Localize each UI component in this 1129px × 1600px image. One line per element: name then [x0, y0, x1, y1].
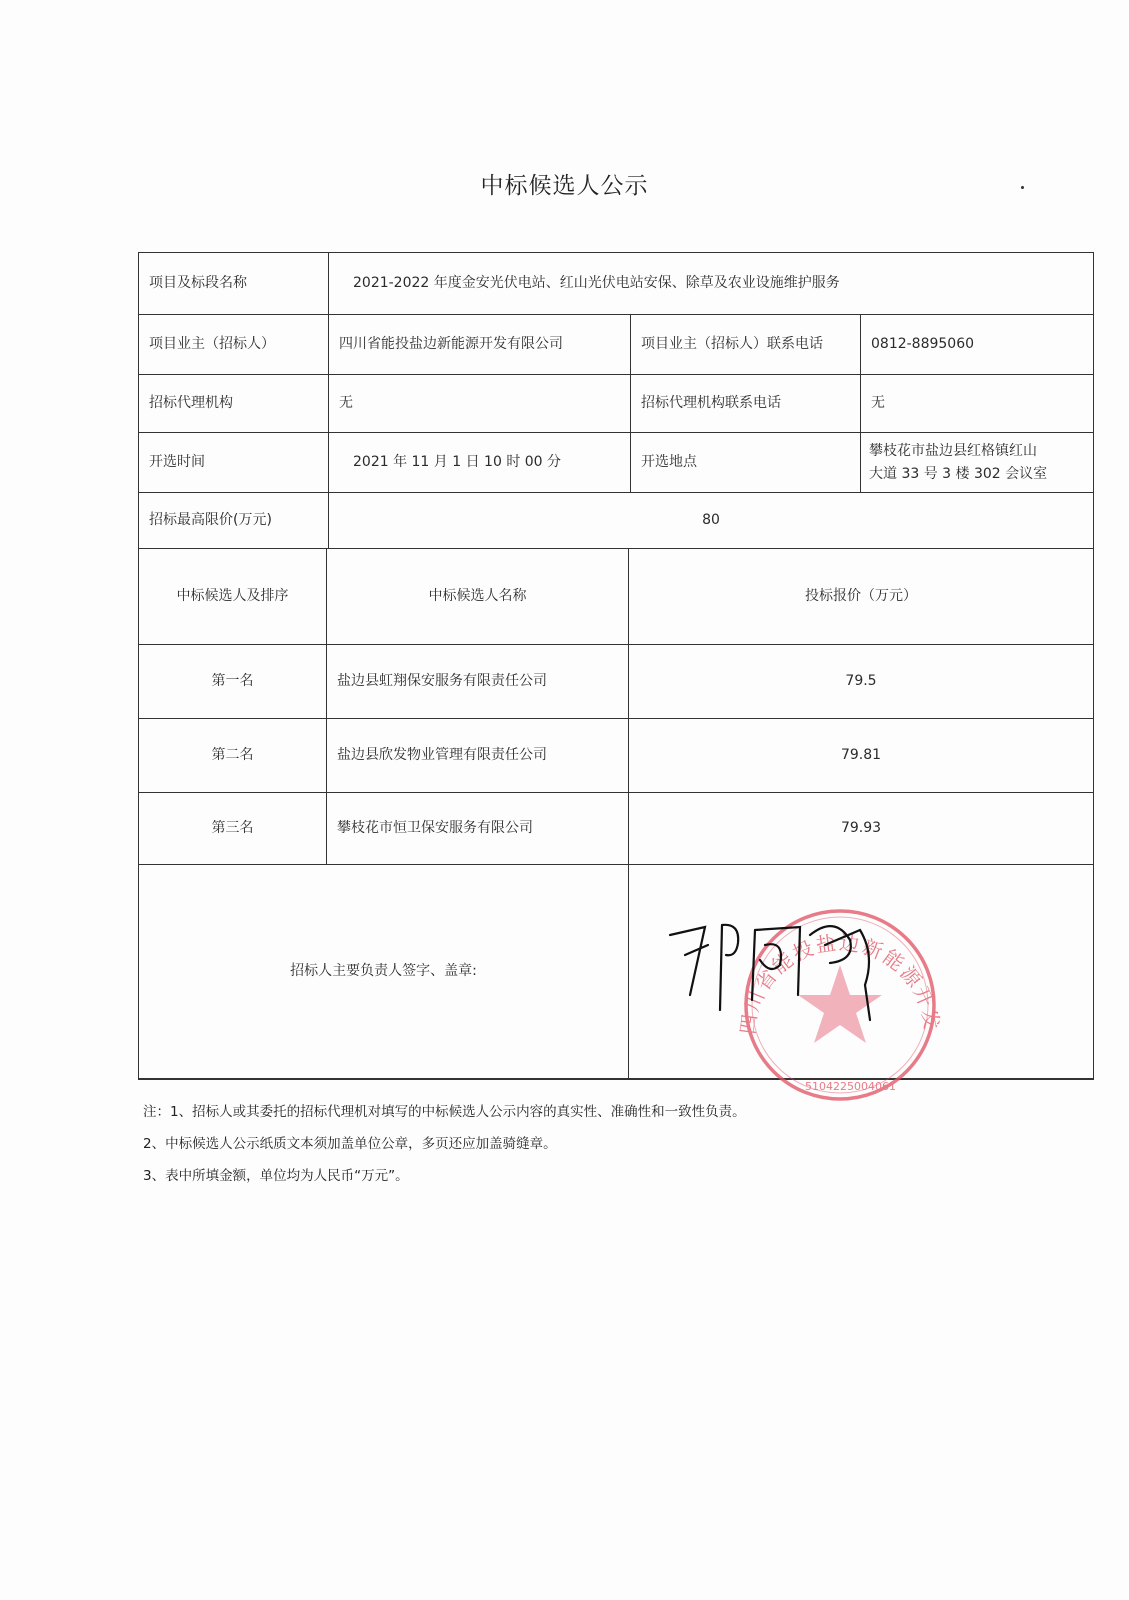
owner-value: 四川省能投盐边新能源开发有限公司	[328, 314, 630, 374]
project-name-label: 项目及标段名称	[138, 252, 328, 314]
agency-phone-label: 招标代理机构联系电话	[630, 374, 860, 432]
note-1: 注：1、招标人或其委托的招标代理机对填写的中标候选人公示内容的真实性、准确性和一…	[143, 1096, 746, 1128]
svg-text:四川省能投盐边新能源开发有限公司: 四川省能投盐边新能源开发有限公司	[660, 885, 944, 1036]
header-rank: 中标候选人及排序	[138, 548, 326, 644]
agency-phone-value: 无	[860, 374, 1094, 432]
candidate-2-price: 79.81	[628, 718, 1094, 792]
candidate-2-rank: 第二名	[138, 718, 326, 792]
header-name: 中标候选人名称	[326, 548, 628, 644]
owner-label: 项目业主（招标人）	[138, 314, 328, 374]
company-seal-and-signature: 四川省能投盐边新能源开发有限公司 5104225004061	[660, 885, 1020, 1125]
open-place-line2: 大道 33 号 3 楼 302 会议室	[869, 463, 1047, 485]
project-name-value: 2021-2022 年度金安光伏电站、红山光伏电站安保、除草及农业设施维护服务	[328, 252, 1094, 314]
candidate-3-price: 79.93	[628, 792, 1094, 864]
signature-label: 招标人主要负责人签字、盖章:	[138, 864, 628, 1080]
candidate-3-rank: 第三名	[138, 792, 326, 864]
owner-phone-value: 0812-8895060	[860, 314, 1094, 374]
open-time-value: 2021 年 11 月 1 日 10 时 00 分	[328, 432, 630, 492]
max-price-label: 招标最高限价(万元)	[138, 492, 328, 548]
note-2: 2、中标候选人公示纸质文本须加盖单位公章，多页还应加盖骑缝章。	[143, 1128, 746, 1160]
agency-label: 招标代理机构	[138, 374, 328, 432]
document-page: 中标候选人公示 项目及标段名称 2021-2022 年度金安光伏电站、红山光伏电…	[0, 0, 1129, 1600]
open-place-label: 开选地点	[630, 432, 860, 492]
owner-phone-label: 项目业主（招标人）联系电话	[630, 314, 860, 374]
open-place-line1: 攀枝花市盐边县红格镇红山	[869, 440, 1037, 462]
note-3: 3、表中所填金额，单位均为人民币“万元”。	[143, 1160, 746, 1192]
company-seal-icon: 四川省能投盐边新能源开发有限公司 5104225004061	[660, 885, 944, 1099]
header-price: 投标报价（万元）	[628, 548, 1094, 644]
candidate-1-rank: 第一名	[138, 644, 326, 718]
document-title: 中标候选人公示	[0, 167, 1129, 200]
notes-section: 注：1、招标人或其委托的招标代理机对填写的中标候选人公示内容的真实性、准确性和一…	[143, 1096, 746, 1192]
candidate-3-name: 攀枝花市恒卫保安服务有限公司	[326, 792, 628, 864]
agency-value: 无	[328, 374, 630, 432]
candidate-1-name: 盐边县虹翔保安服务有限责任公司	[326, 644, 628, 718]
open-time-label: 开选时间	[138, 432, 328, 492]
scan-speck	[1021, 186, 1024, 189]
candidate-1-price: 79.5	[628, 644, 1094, 718]
open-place-value: 攀枝花市盐边县红格镇红山 大道 33 号 3 楼 302 会议室	[860, 432, 1094, 492]
svg-text:5104225004061: 5104225004061	[805, 1080, 896, 1093]
candidate-2-name: 盐边县欣发物业管理有限责任公司	[326, 718, 628, 792]
max-price-value: 80	[328, 492, 1094, 548]
